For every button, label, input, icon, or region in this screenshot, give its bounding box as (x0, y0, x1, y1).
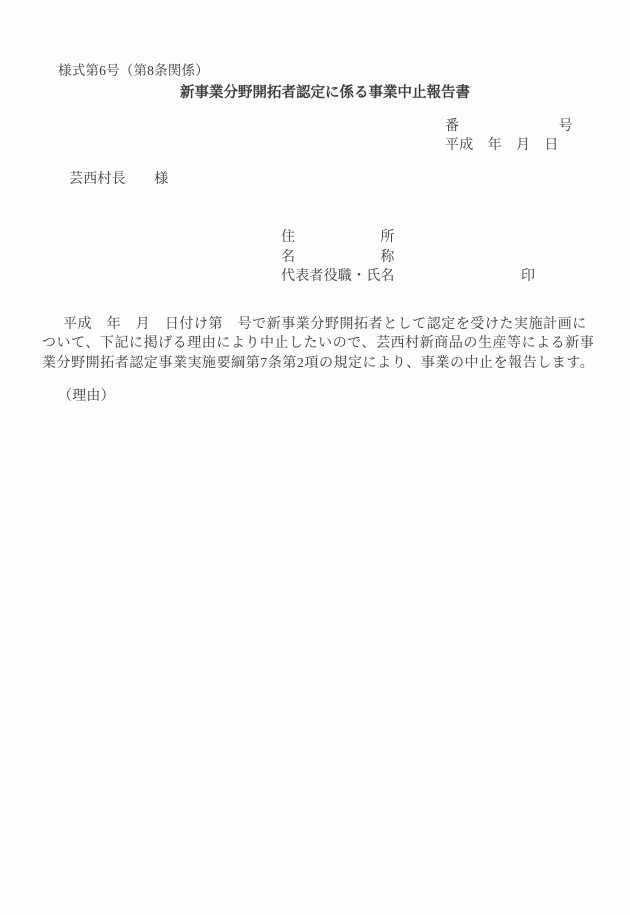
seal-mark: 印 (521, 269, 535, 284)
address-label: 住 所 (281, 230, 395, 245)
body-line: 業分野開拓者認定事業実施要綱第7条第2項の規定により、事業の中止を報告します。 (42, 356, 594, 371)
name-label: 名 称 (281, 250, 395, 265)
document-page: 様式第6号（第8条関係） 新事業分野開拓者認定に係る事業中止報告書 番 号 平成… (0, 0, 630, 915)
document-title: 新事業分野開拓者認定に係る事業中止報告書 (180, 86, 470, 102)
reason-label: （理由） (58, 389, 115, 404)
body-line: ついて、下記に掲げる理由により中止したいので、芸西村新商品の生産等による新事 (42, 336, 594, 351)
date-line: 平成 年 月 日 (445, 138, 559, 153)
addressee-line: 芸西村長 様 (69, 172, 168, 187)
representative-label: 代表者役職・氏名 (281, 269, 395, 284)
document-number-line: 番 号 (445, 119, 573, 134)
form-number: 様式第6号（第8条関係） (58, 64, 209, 79)
body-line: 平成 年 月 日付け第 号で新事業分野開拓者として認定を受けた実施計画に (63, 317, 587, 332)
